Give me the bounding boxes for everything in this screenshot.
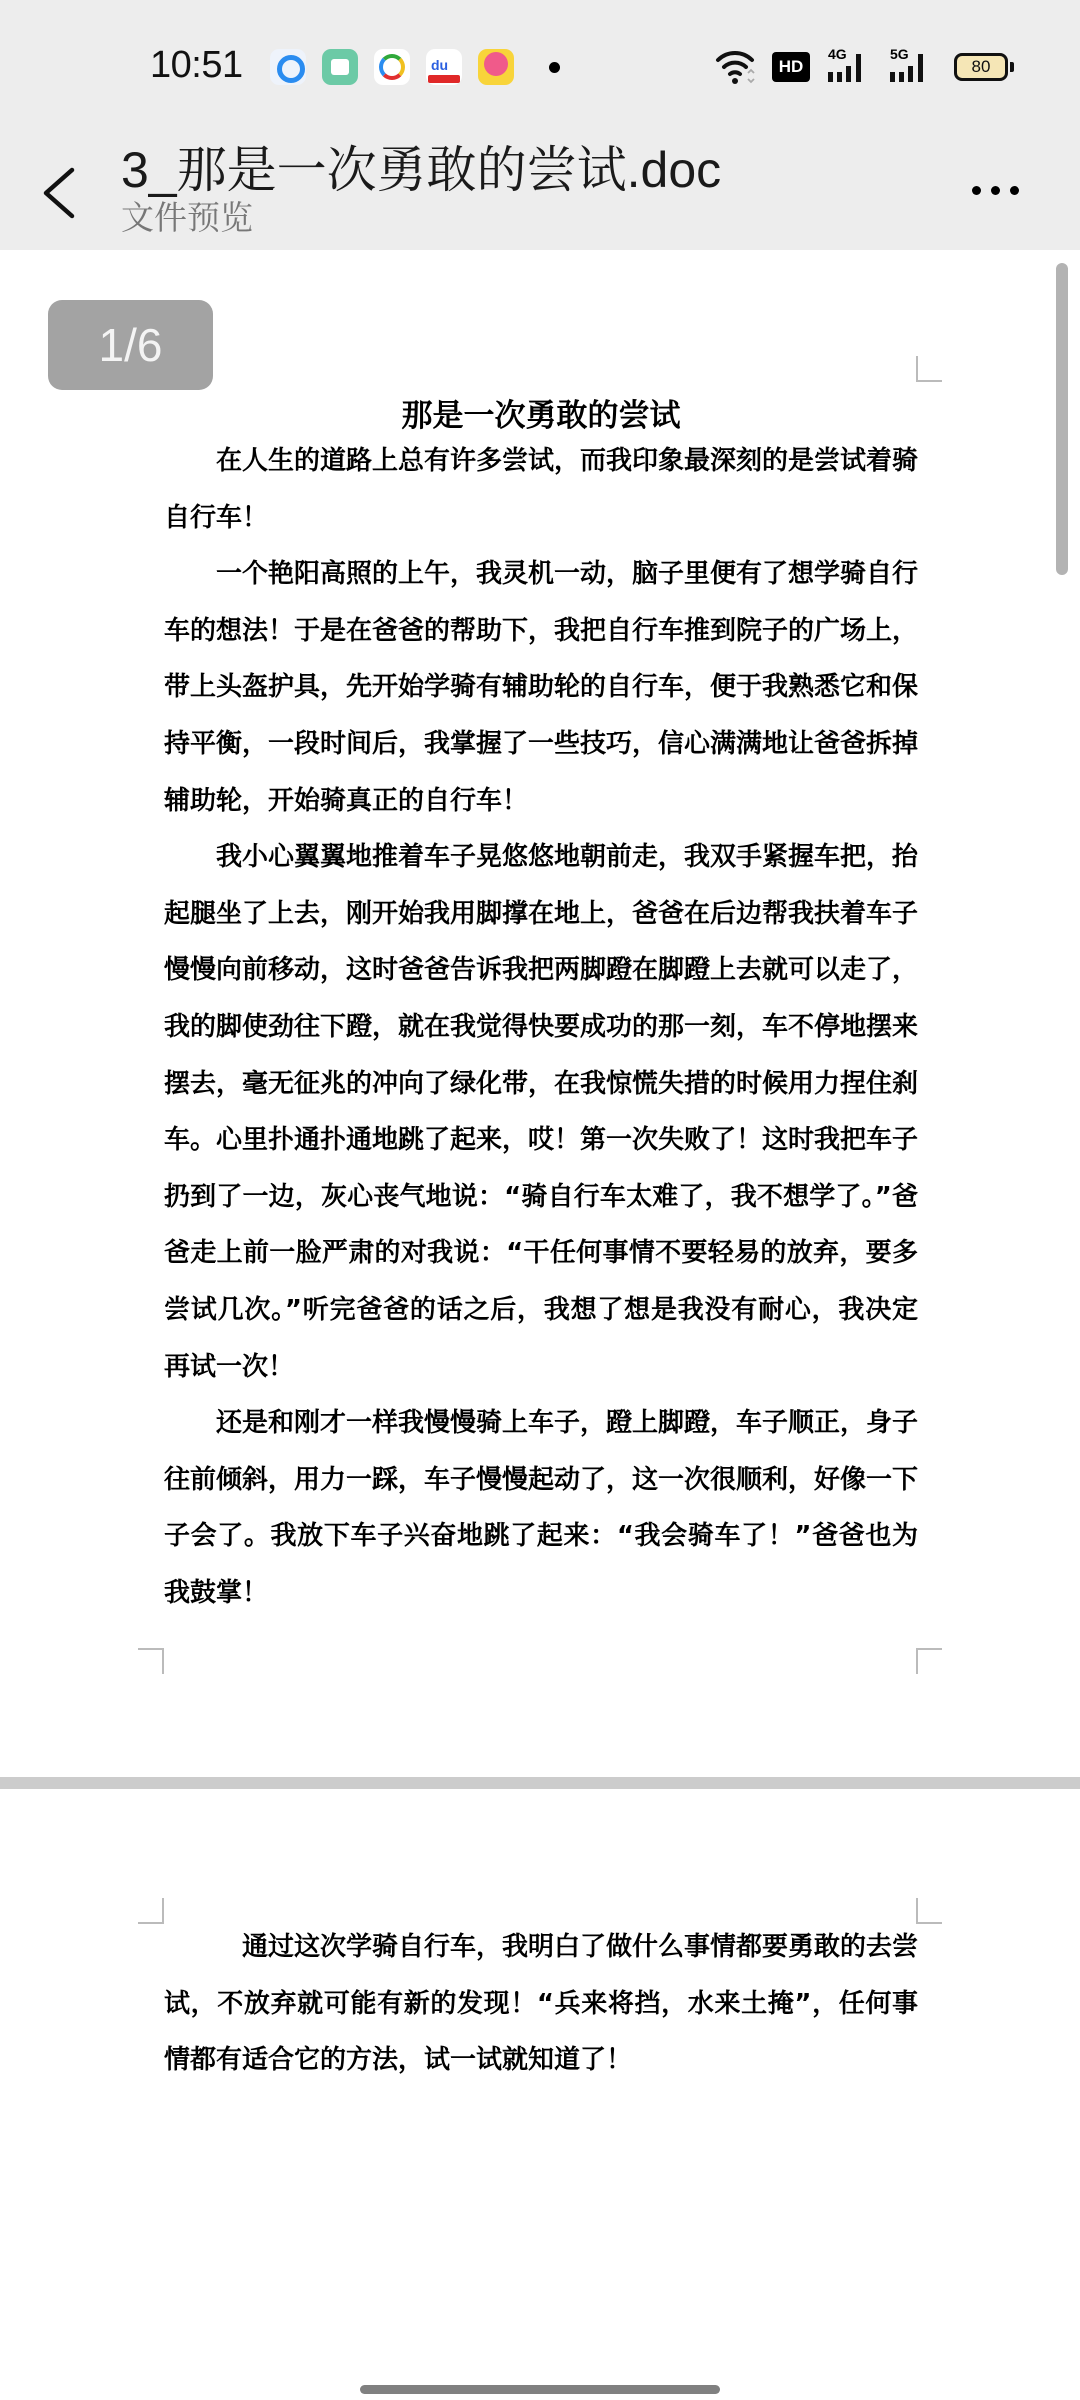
more-options-button[interactable] bbox=[960, 170, 1030, 210]
wifi-icon bbox=[715, 46, 755, 86]
battery-icon: 80 bbox=[954, 53, 1008, 81]
page-1-body: 在人生的道路上总有许多尝试，而我印象最深刻的是尝试着骑自行车！ 一个艳阳高照的上… bbox=[164, 433, 918, 1621]
meet-you-icon bbox=[478, 49, 514, 85]
document-heading: 那是一次勇敢的尝试 bbox=[164, 390, 918, 435]
paragraph: 通过这次学骑自行车，我明白了做什么事情都要勇敢的去尝试，不放弃就可能有新的发现！… bbox=[164, 1919, 918, 2089]
battery-level: 80 bbox=[957, 56, 1005, 78]
signal-4g-label: 4G bbox=[828, 46, 847, 62]
paragraph: 在人生的道路上总有许多尝试，而我印象最深刻的是尝试着骑自行车！ bbox=[164, 433, 918, 546]
baidu-icon bbox=[426, 49, 462, 85]
more-dot-icon bbox=[991, 186, 1000, 195]
home-indicator[interactable] bbox=[360, 2385, 720, 2394]
signal-5g-label: 5G bbox=[890, 46, 909, 62]
app-header: 3_那是一次勇敢的尝试.doc 文件预览 bbox=[0, 130, 1080, 250]
page-corner-mark bbox=[138, 1898, 164, 1924]
page-separator bbox=[0, 1777, 1080, 1789]
vertical-scrollbar[interactable] bbox=[1056, 263, 1068, 575]
page-2-body: 通过这次学骑自行车，我明白了做什么事情都要勇敢的去尝试，不放弃就可能有新的发现！… bbox=[164, 1919, 918, 2089]
top-bar: 10:51 HD 4G 5G bbox=[0, 0, 1080, 250]
tencent-news-icon bbox=[374, 49, 410, 85]
paragraph: 一个艳阳高照的上午，我灵机一动，脑子里便有了想学骑自行车的想法！于是在爸爸的帮助… bbox=[164, 546, 918, 829]
hd-voice-icon: HD bbox=[772, 52, 810, 82]
page-corner-mark bbox=[138, 1648, 164, 1674]
paragraph: 还是和刚才一样我慢慢骑上车子，蹬上脚蹬，车子顺正，身子往前倾斜，用力一踩，车子慢… bbox=[164, 1395, 918, 1621]
status-bar: 10:51 HD 4G 5G bbox=[0, 0, 1080, 130]
signal-4g-icon: 4G bbox=[828, 46, 876, 86]
paragraph: 我小心翼翼地推着车子晃悠悠地朝前走，我双手紧握车把，抬起腿坐了上去，刚开始我用脚… bbox=[164, 829, 918, 1395]
page-corner-mark bbox=[916, 1648, 942, 1674]
more-notifications-icon bbox=[549, 62, 560, 73]
back-button[interactable] bbox=[30, 150, 90, 230]
status-time: 10:51 bbox=[150, 44, 243, 87]
more-dot-icon bbox=[1010, 186, 1019, 195]
message-app-icon bbox=[322, 49, 358, 85]
document-viewer[interactable]: 1/6 那是一次勇敢的尝试 在人生的道路上总有许多尝试，而我印象最深刻的是尝试着… bbox=[0, 250, 1080, 2400]
chevron-left-icon bbox=[30, 150, 90, 230]
more-dot-icon bbox=[972, 186, 981, 195]
page-corner-mark bbox=[916, 356, 942, 382]
document-subtitle: 文件预览 bbox=[121, 192, 253, 239]
page-corner-mark bbox=[916, 1898, 942, 1924]
qq-browser-icon bbox=[270, 49, 306, 85]
page-indicator: 1/6 bbox=[48, 300, 213, 390]
signal-5g-icon: 5G bbox=[890, 46, 938, 86]
